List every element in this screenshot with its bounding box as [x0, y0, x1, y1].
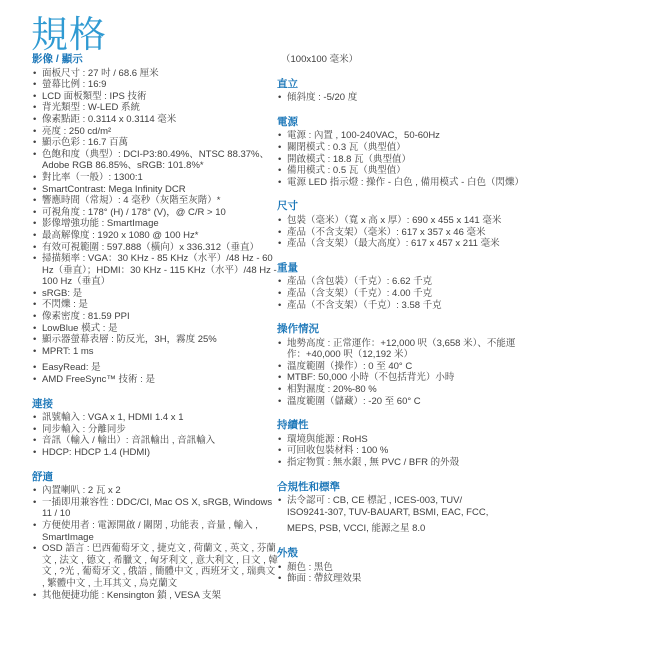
- section-heading-cabinet: 外殼: [277, 548, 529, 560]
- spec-item: MEPS, PSB, VCCI, 能源之星 8.0: [277, 523, 529, 535]
- spec-item: 備用模式 : 0.5 瓦（典型值）: [277, 165, 529, 177]
- spec-item: 最高解像度 : 1920 x 1080 @ 100 Hz*: [32, 230, 279, 242]
- section-heading-comfort: 舒適: [32, 472, 279, 484]
- spec-item: 產品（含支架）（千克）: 4.00 千克: [277, 288, 529, 300]
- spec-item: 一插即用兼容性 : DDC/CI, Mac OS X, sRGB, Window…: [32, 497, 279, 520]
- spec-list-power: 電源 : 內置 , 100-240VAC，50-60Hz關閉模式 : 0.3 瓦…: [277, 130, 529, 188]
- spec-item: 影像增強功能 : SmartImage: [32, 218, 279, 230]
- spec-item: OSD 語言 : 巴西葡萄牙文 , 捷克文 , 荷蘭文 , 英文 , 芬蘭文 ,…: [32, 543, 279, 589]
- spec-list-comfort: 內置喇叭 : 2 瓦 x 2一插即用兼容性 : DDC/CI, Mac OS X…: [32, 485, 279, 601]
- section-heading-compliance-standards: 合規性和標準: [277, 482, 529, 494]
- spec-item: 色飽和度（典型）: DCI-P3:80.49%、NTSC 88.37%、Adob…: [32, 149, 279, 172]
- right-column: （100x100 毫米）直立傾斜度 : -5/20 度電源電源 : 內置 , 1…: [277, 54, 529, 585]
- spec-item: sRGB: 是: [32, 288, 279, 300]
- spec-item: 同步輸入 : 分離同步: [32, 424, 279, 436]
- spec-item: 其他便捷功能 : Kensington 鎖 , VESA 支架: [32, 590, 279, 602]
- section-heading-connectivity: 連接: [32, 399, 279, 411]
- section-sustainability: 持續性環境與能源 : RoHS可回收包裝材料 : 100 %指定物質 : 無水銀…: [277, 420, 529, 468]
- spec-item: 傾斜度 : -5/20 度: [277, 92, 529, 104]
- spec-item: 產品（不含支架）（毫米）: 617 x 357 x 46 毫米: [277, 227, 529, 239]
- spec-item: 顏色 : 黑色: [277, 562, 529, 574]
- spec-item: 不閃爍 : 是: [32, 299, 279, 311]
- spec-item: 溫度範圍（儲藏）: -20 至 60° C: [277, 396, 529, 408]
- spec-list-weight: 產品（含包裝）（千克）: 6.62 千克產品（含支架）（千克）: 4.00 千克…: [277, 276, 529, 311]
- spec-item: MPRT: 1 ms: [32, 346, 279, 358]
- spec-list-dimensions: 包裝（毫米）（寬 x 高 x 厚）: 690 x 455 x 141 毫米產品（…: [277, 215, 529, 250]
- spec-item: 環境與能源 : RoHS: [277, 434, 529, 446]
- section-heading-stand: 直立: [277, 79, 529, 91]
- spec-item: 顯示器螢幕表層 : 防反光，3H，霧度 25%: [32, 334, 279, 346]
- continuation-line: （100x100 毫米）: [277, 54, 529, 66]
- section-power: 電源電源 : 內置 , 100-240VAC，50-60Hz關閉模式 : 0.3…: [277, 117, 529, 189]
- spec-item: 包裝（毫米）（寬 x 高 x 厚）: 690 x 455 x 141 毫米: [277, 215, 529, 227]
- section-dimensions: 尺寸包裝（毫米）（寬 x 高 x 厚）: 690 x 455 x 141 毫米產…: [277, 201, 529, 249]
- section-heading-dimensions: 尺寸: [277, 201, 529, 213]
- spec-item: EasyRead: 是: [32, 362, 279, 374]
- spec-item: 產品（含支架）（最大高度）: 617 x 457 x 211 毫米: [277, 238, 529, 250]
- spec-list-cabinet: 顏色 : 黑色飾面 : 帶紋理效果: [277, 562, 529, 585]
- spec-item: HDCP: HDCP 1.4 (HDMI): [32, 447, 279, 459]
- spec-item: 方便使用者 : 電源開啟 / 關閉 , 功能表 , 音量 , 輸入 , Smar…: [32, 520, 279, 543]
- section-operating-conditions: 操作情況地勢高度 : 正常運作：+12,000 呎（3,658 米）、不能運作：…: [277, 324, 529, 407]
- spec-list-operating-conditions: 地勢高度 : 正常運作：+12,000 呎（3,658 米）、不能運作：+40,…: [277, 338, 529, 408]
- section-comfort: 舒適內置喇叭 : 2 瓦 x 2一插即用兼容性 : DDC/CI, Mac OS…: [32, 472, 279, 602]
- section-cabinet: 外殼顏色 : 黑色飾面 : 帶紋理效果: [277, 548, 529, 585]
- section-heading-weight: 重量: [277, 263, 529, 275]
- spec-item: 飾面 : 帶紋理效果: [277, 573, 529, 585]
- spec-item: 面板尺寸 : 27 吋 / 68.6 厘米: [32, 68, 279, 80]
- spec-item: SmartContrast: Mega Infinity DCR: [32, 184, 279, 196]
- spec-item: 像素密度 : 81.59 PPI: [32, 311, 279, 323]
- spec-item: 內置喇叭 : 2 瓦 x 2: [32, 485, 279, 497]
- spec-item: AMD FreeSync™ 技術 : 是: [32, 374, 279, 386]
- spec-item: LCD 面板類型 : IPS 技術: [32, 91, 279, 103]
- spec-item: 地勢高度 : 正常運作：+12,000 呎（3,658 米）、不能運作：+40,…: [277, 338, 529, 361]
- spec-item: LowBlue 模式 : 是: [32, 323, 279, 335]
- spec-item: 指定物質 : 無水銀 , 無 PVC / BFR 的外殼: [277, 457, 529, 469]
- spec-list-sustainability: 環境與能源 : RoHS可回收包裝材料 : 100 %指定物質 : 無水銀 , …: [277, 434, 529, 469]
- spec-item: 螢幕比例 : 16:9: [32, 79, 279, 91]
- spec-item: 像素點距 : 0.3114 x 0.3114 毫米: [32, 114, 279, 126]
- spec-item: 訊號輸入 : VGA x 1, HDMI 1.4 x 1: [32, 412, 279, 424]
- spec-list-stand: 傾斜度 : -5/20 度: [277, 92, 529, 104]
- left-column: 影像 / 顯示面板尺寸 : 27 吋 / 68.6 厘米螢幕比例 : 16:9L…: [32, 54, 279, 601]
- section-stand: 直立傾斜度 : -5/20 度: [277, 79, 529, 104]
- spec-item: 顯示色彩 : 16.7 百萬: [32, 137, 279, 149]
- spec-item: 法令認可 : CB, CE 標記 , ICES-003, TUV/ ISO924…: [277, 495, 529, 518]
- spec-item: 相對濕度 : 20%-80 %: [277, 384, 529, 396]
- spec-item: 亮度 : 250 cd/m²: [32, 126, 279, 138]
- spec-item: 關閉模式 : 0.3 瓦（典型值）: [277, 142, 529, 154]
- spec-item: 背光類型 : W-LED 系統: [32, 102, 279, 114]
- spec-item: 產品（不含支架）（千克）: 3.58 千克: [277, 300, 529, 312]
- spec-item: 對比率（一般）: 1300:1: [32, 172, 279, 184]
- section-heading-operating-conditions: 操作情況: [277, 324, 529, 336]
- spec-item: 開啟模式 : 18.8 瓦（典型值）: [277, 154, 529, 166]
- section-connectivity: 連接訊號輸入 : VGA x 1, HDMI 1.4 x 1同步輸入 : 分離同…: [32, 399, 279, 459]
- spec-item: 電源 LED 指示燈 : 操作 - 白色 , 備用模式 - 白色（閃爍）: [277, 177, 529, 189]
- spec-item: 溫度範圍（操作）: 0 至 40° C: [277, 361, 529, 373]
- spec-item: MTBF: 50,000 小時（不包括背光）小時: [277, 372, 529, 384]
- section-heading-power: 電源: [277, 117, 529, 129]
- spec-item: 可回收包裝材料 : 100 %: [277, 445, 529, 457]
- spec-item: 掃描頻率 : VGA：30 KHz - 85 KHz（水平）/48 Hz - 6…: [32, 253, 279, 288]
- section-weight: 重量產品（含包裝）（千克）: 6.62 千克產品（含支架）（千克）: 4.00 …: [277, 263, 529, 311]
- page-title: 規格: [31, 4, 107, 58]
- section-heading-sustainability: 持續性: [277, 420, 529, 432]
- spec-list-connectivity: 訊號輸入 : VGA x 1, HDMI 1.4 x 1同步輸入 : 分離同步音…: [32, 412, 279, 458]
- spec-item: 可視角度 : 178° (H) / 178° (V)，@ C/R > 10: [32, 207, 279, 219]
- spec-item: 有效可視範圍 : 597.888（橫向）x 336.312（垂直）: [32, 242, 279, 254]
- spec-list-compliance-standards: 法令認可 : CB, CE 標記 , ICES-003, TUV/ ISO924…: [277, 495, 529, 535]
- section-heading-image-display: 影像 / 顯示: [32, 54, 279, 66]
- spec-list-image-display: 面板尺寸 : 27 吋 / 68.6 厘米螢幕比例 : 16:9LCD 面板類型…: [32, 68, 279, 386]
- section-compliance-standards: 合規性和標準法令認可 : CB, CE 標記 , ICES-003, TUV/ …: [277, 482, 529, 535]
- spec-item: 電源 : 內置 , 100-240VAC，50-60Hz: [277, 130, 529, 142]
- section-image-display: 影像 / 顯示面板尺寸 : 27 吋 / 68.6 厘米螢幕比例 : 16:9L…: [32, 54, 279, 386]
- spec-item: 響應時間（常規）: 4 毫秒（灰階至灰階）*: [32, 195, 279, 207]
- spec-item: 產品（含包裝）（千克）: 6.62 千克: [277, 276, 529, 288]
- spec-item: 音訊（輸入 / 輸出）: 音訊輸出 , 音訊輸入: [32, 435, 279, 447]
